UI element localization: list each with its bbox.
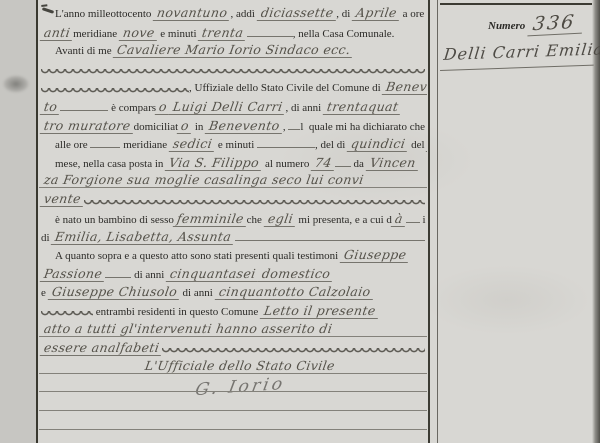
handwritten-entry: Cavaliere Mario Iorio Sindaco ecc.: [113, 42, 355, 58]
printed-text: , del dì: [315, 139, 348, 151]
handwritten-entry: sedici: [169, 136, 217, 152]
handwritten-entry: diciassette: [256, 5, 337, 21]
form-line: tro muratoredomiciliato in Benevento, l …: [39, 117, 427, 136]
handwritten-entry: atto a tutti gl'intervenuti hanno asseri…: [40, 321, 337, 337]
flourish-line: [41, 311, 93, 317]
form-line: essere analfabeti: [39, 340, 427, 359]
form-line: antimeridiane nove e minuti trenta, nell…: [39, 24, 427, 43]
act-number-row: Numero 336: [440, 12, 593, 35]
printed-text: meridiane: [73, 28, 120, 40]
page-edge-shadow: [592, 0, 600, 443]
form-border-left: [36, 0, 38, 443]
handwritten-entry: quindici: [347, 136, 410, 152]
blank-field: [105, 265, 131, 278]
handwritten-entry: trentaquat: [323, 99, 403, 115]
flourish-line: [41, 88, 189, 94]
printed-text: da: [351, 158, 367, 170]
official-signature: G. Iorio: [190, 377, 290, 396]
handwritten-entry: nove: [119, 25, 159, 41]
printed-text: in: [192, 121, 206, 133]
form-line: za Forgione sua moglie casalinga seco lu…: [39, 172, 427, 191]
handwritten-entry: à: [391, 211, 407, 227]
handwritten-entry: anti: [40, 25, 75, 41]
page-left-margin: [0, 0, 37, 443]
printed-text: Avanti di me: [55, 45, 114, 57]
form-line: entrambi residenti in questo Comune Lett…: [39, 303, 427, 322]
printed-text: e minuti: [215, 139, 257, 151]
handwritten-entry: Luigi Delli Carri: [169, 99, 287, 115]
printed-text: a ore: [400, 8, 424, 20]
blank-field: [60, 98, 108, 111]
handwritten-entry: Giuseppe: [340, 247, 411, 263]
registrant-name-annotation: Delli Carri Emilia: [440, 36, 597, 71]
blank-field: [247, 24, 293, 37]
ink-smudge: [2, 68, 36, 100]
printed-text: meridiane: [120, 139, 169, 151]
flourish-line: [41, 69, 425, 75]
handwritten-entry: egli: [263, 211, 297, 227]
printed-text: che: [247, 214, 265, 226]
blank-field: [406, 210, 420, 223]
handwritten-entry: novantuno: [153, 5, 232, 21]
blank-field: [235, 228, 425, 241]
printed-text: è nato un bambino di sesso: [55, 214, 174, 226]
handwritten-entry: trenta: [198, 25, 248, 41]
form-line: vente: [39, 191, 427, 210]
printed-text: L'anno milleottocento: [55, 8, 154, 20]
act-text: L'anno milleottocento novantuno, addì di…: [39, 0, 427, 443]
handwritten-entry: Vincen: [365, 155, 419, 171]
form-border-middle: [428, 0, 430, 443]
handwritten-entry: L'Ufficiale dello Stato Civile: [141, 358, 339, 374]
printed-text: mese, nella casa posta in: [55, 158, 166, 170]
margin-column-rule: [437, 0, 438, 443]
form-line: L'Ufficiale dello Stato Civile: [39, 358, 427, 377]
blank-field: [90, 135, 120, 148]
margin-column: Numero 336 Delli Carri Emilia: [440, 0, 593, 71]
form-line: è nato un bambino di sessofemminileche e…: [39, 210, 427, 229]
printed-text: l quale mi ha dichiarato che: [300, 121, 425, 133]
handwritten-entry: cinquantasei: [166, 266, 260, 282]
printed-text: entrambi residenti in questo Comune: [93, 306, 261, 318]
form-line: atto a tutti gl'intervenuti hanno asseri…: [39, 321, 427, 340]
flourish-line: [162, 348, 425, 354]
printed-text: e minuti: [158, 28, 200, 40]
handwritten-entry: Passione: [40, 266, 107, 282]
printed-text: i: [420, 214, 427, 226]
printed-text: A quanto sopra e a questo atto sono stat…: [55, 250, 341, 262]
handwritten-entry: o: [177, 118, 193, 134]
printed-text: è compars: [108, 102, 156, 114]
handwritten-entry: Letto il presente: [260, 303, 380, 319]
form-line: alle ore meridiane sedici e minuti , del…: [39, 135, 427, 154]
printed-text: mi presenta, e a cui d: [296, 214, 392, 226]
handwritten-entry: cinquantotto Calzolaio: [214, 284, 374, 300]
form-line: [39, 61, 427, 80]
form-line: G. Iorio: [39, 377, 427, 396]
blank-field: [257, 135, 315, 148]
form-line: mese, nella casa posta in Via S. Filippo…: [39, 154, 427, 173]
handwritten-entry: essere analfabeti: [40, 340, 164, 356]
printed-text: , addì: [231, 8, 258, 20]
printed-text: , di anni: [285, 102, 324, 114]
handwritten-entry: domestico: [257, 266, 334, 282]
handwritten-entry: Emilia, Lisabetta, Assunta: [51, 229, 236, 245]
handwritten-entry: Aprile: [352, 5, 401, 21]
printed-text: domiciliat: [134, 121, 179, 133]
printed-text: al numero: [262, 158, 312, 170]
form-line: , Uffiziale dello Stato Civile del Comun…: [39, 79, 427, 98]
blank-field: [335, 154, 351, 167]
form-line: di Emilia, Lisabetta, Assunta: [39, 228, 427, 247]
printed-text: , di: [336, 8, 353, 20]
blank-field: [288, 117, 300, 130]
handwritten-entry: tro muratore: [40, 118, 135, 134]
form-line: L'anno milleottocento novantuno, addì di…: [39, 5, 427, 24]
handwritten-entry: vente: [40, 191, 85, 207]
handwritten-entry: to: [40, 99, 62, 115]
handwritten-entry: Giuseppe Chiusolo: [47, 284, 181, 300]
handwritten-entry: za Forgione sua moglie casalinga seco lu…: [40, 172, 368, 188]
printed-text: , nella Casa Comunale.: [293, 28, 395, 40]
civil-register-scan: L'anno milleottocento novantuno, addì di…: [0, 0, 600, 443]
handwritten-entry: femminile: [173, 211, 248, 227]
numero-label: Numero: [488, 20, 525, 32]
printed-text: di anni: [180, 287, 216, 299]
form-line: Passione di anni cinquantaseidomestico: [39, 265, 427, 284]
printed-text: del: [408, 139, 427, 151]
handwritten-entry: Via S. Filippo: [165, 155, 264, 171]
handwritten-entry: Beneven: [382, 79, 427, 95]
handwritten-entry: 74: [311, 155, 336, 171]
form-line: [39, 414, 427, 433]
form-line: to è comparsoLuigi Delli Carri, di anni …: [39, 98, 427, 117]
form-line: [39, 395, 427, 414]
flourish-line: [84, 200, 425, 206]
printed-text: , Uffiziale dello Stato Civile del Comun…: [189, 82, 383, 94]
act-number-value: 336: [528, 11, 586, 37]
handwritten-entry: Benevento: [205, 118, 284, 134]
printed-text: alle ore: [55, 139, 90, 151]
printed-text: di anni: [131, 269, 167, 281]
form-line: e Giuseppe Chiusolo di anni cinquantotto…: [39, 284, 427, 303]
form-line: Avanti di me Cavaliere Mario Iorio Sinda…: [39, 42, 427, 61]
form-line: A quanto sopra e a questo atto sono stat…: [39, 247, 427, 266]
